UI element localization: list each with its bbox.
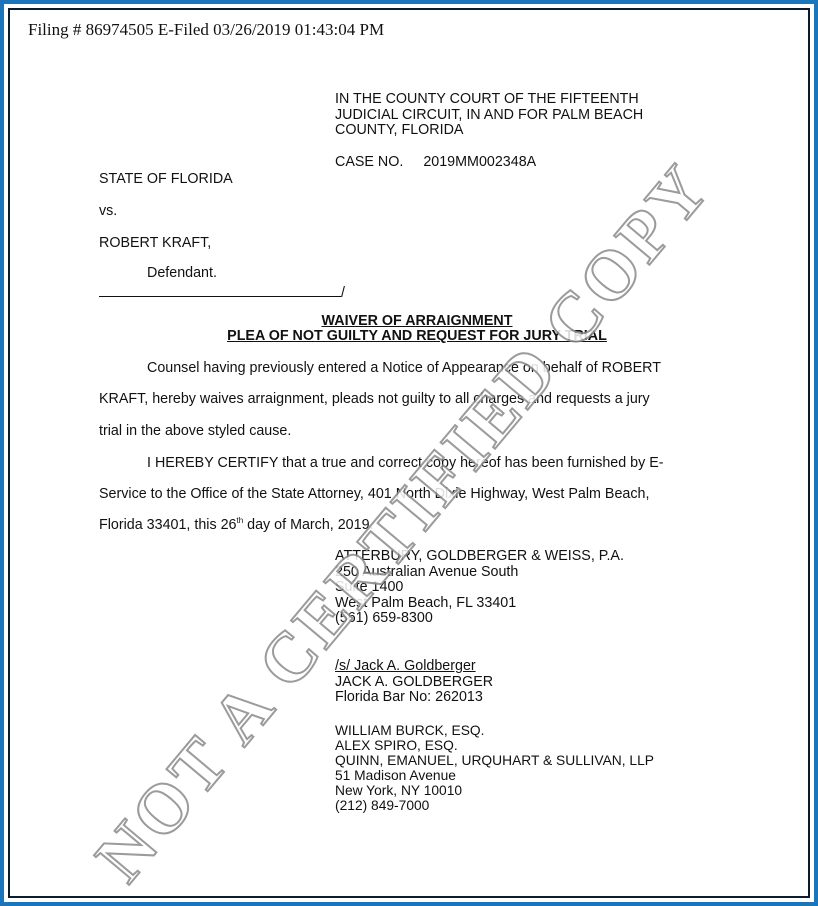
firm-line: Suite 1400: [335, 580, 624, 596]
document-page: Filing # 86974505 E-Filed 03/26/2019 01:…: [0, 0, 818, 906]
court-heading: IN THE COUNTY COURT OF THE FIFTEENTH JUD…: [335, 92, 643, 139]
signature-block: /s/ Jack A. Goldberger JACK A. GOLDBERGE…: [335, 659, 524, 706]
firm-line: 250 Australian Avenue South: [335, 565, 624, 581]
court-line: JUDICIAL CIRCUIT, IN AND FOR PALM BEACH: [335, 108, 643, 124]
versus: vs.: [99, 203, 117, 219]
case-number: 2019MM002348A: [423, 154, 536, 170]
filing-stamp: Filing # 86974505 E-Filed 03/26/2019 01:…: [28, 20, 384, 40]
date-text: Florida 33401, this 26: [99, 517, 237, 533]
case-label: CASE NO.: [335, 154, 403, 170]
firm-line: WILLIAM BURCK, ESQ.: [335, 723, 654, 738]
firm-line: 51 Madison Avenue: [335, 768, 654, 783]
court-line: COUNTY, FLORIDA: [335, 123, 643, 139]
court-line: IN THE COUNTY COURT OF THE FIFTEENTH: [335, 92, 643, 108]
attorney-name: JACK A. GOLDBERGER: [335, 675, 524, 691]
caption-rule: /: [99, 284, 345, 301]
case-number-row: CASE NO.2019MM002348A: [335, 154, 536, 170]
firm-line: (561) 659-8300: [335, 611, 624, 627]
firm-line: New York, NY 10010: [335, 783, 654, 798]
document-title-line2: PLEA OF NOT GUILTY AND REQUEST FOR JURY …: [0, 329, 818, 345]
defendant-name: ROBERT KRAFT,: [99, 235, 211, 251]
firm-line: ATTERBURY, GOLDBERGER & WEISS, P.A.: [335, 549, 624, 565]
firm-block-2: WILLIAM BURCK, ESQ. ALEX SPIRO, ESQ. QUI…: [335, 723, 654, 813]
caption-slash: /: [341, 285, 345, 301]
body-line: KRAFT, hereby waives arraignment, pleads…: [99, 391, 650, 407]
firm-line: ALEX SPIRO, ESQ.: [335, 738, 654, 753]
caption-underline: [99, 284, 341, 297]
body-line: trial in the above styled cause.: [99, 423, 291, 439]
e-signature: /s/ Jack A. Goldberger: [335, 659, 524, 675]
date-text: day of March, 2019.: [243, 517, 373, 533]
firm-block-1: ATTERBURY, GOLDBERGER & WEISS, P.A. 250 …: [335, 549, 624, 627]
firm-line: (212) 849-7000: [335, 798, 654, 813]
body-line: Florida 33401, this 26th day of March, 2…: [99, 517, 374, 533]
signature-text: /s/ Jack A. Goldberger: [335, 658, 476, 674]
title-text: WAIVER OF ARRAIGNMENT: [322, 313, 513, 329]
defendant-label: Defendant.: [147, 265, 217, 281]
title-text: PLEA OF NOT GUILTY AND REQUEST FOR JURY …: [227, 328, 607, 344]
body-line: Counsel having previously entered a Noti…: [147, 360, 661, 376]
bar-number: Florida Bar No: 262013: [335, 690, 524, 706]
plaintiff: STATE OF FLORIDA: [99, 171, 233, 187]
firm-line: QUINN, EMANUEL, URQUHART & SULLIVAN, LLP: [335, 753, 654, 768]
body-line: I HEREBY CERTIFY that a true and correct…: [147, 455, 664, 471]
body-line: Service to the Office of the State Attor…: [99, 486, 649, 502]
firm-line: West Palm Beach, FL 33401: [335, 596, 624, 612]
